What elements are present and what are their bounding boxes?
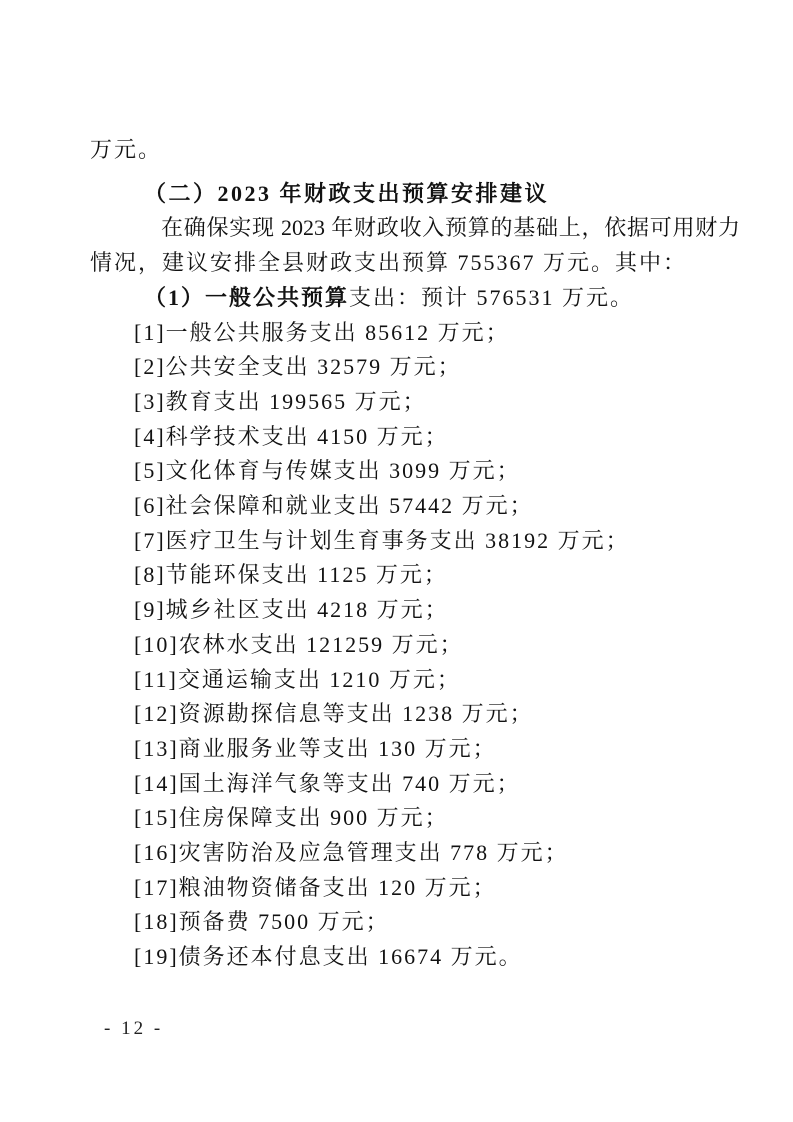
page-number: - 12 - (104, 1017, 163, 1041)
expenditure-item-16: [16]灾害防治及应急管理支出 778 万元； (90, 836, 740, 871)
expenditure-item-8: [8]节能环保支出 1125 万元； (90, 558, 740, 593)
expenditure-item-9: [9]城乡社区支出 4218 万元； (90, 593, 740, 628)
expenditure-item-5: [5]文化体育与传媒支出 3099 万元； (90, 454, 740, 489)
expenditure-item-2: [2]公共安全支出 32579 万元； (90, 350, 740, 385)
expenditure-item-15: [15]住房保障支出 900 万元； (90, 801, 740, 836)
expenditure-item-3: [3]教育支出 199565 万元； (90, 385, 740, 420)
subsection-heading-bold: （1）一般公共预算 (144, 285, 349, 310)
intro-paragraph-line-1: 在确保实现 2023 年财政收入预算的基础上，依据可用财力 (90, 211, 740, 246)
expenditure-item-4: [4]科学技术支出 4150 万元； (90, 420, 740, 455)
document-body: 万元。 （二）2023 年财政支出预算安排建议 在确保实现 2023 年财政收入… (90, 133, 740, 975)
expenditure-item-18: [18]预备费 7500 万元； (90, 905, 740, 940)
expenditure-item-10: [10]农林水支出 121259 万元； (90, 628, 740, 663)
expenditure-item-17: [17]粮油物资储备支出 120 万元； (90, 871, 740, 906)
section-heading: （二）2023 年财政支出预算安排建议 (90, 177, 740, 212)
expenditure-item-1: [1]一般公共服务支出 85612 万元； (90, 316, 740, 351)
expenditure-item-6: [6]社会保障和就业支出 57442 万元； (90, 489, 740, 524)
subsection-heading-regular: 支出：预计 576531 万元。 (349, 285, 634, 310)
intro-paragraph-line-2: 情况，建议安排全县财政支出预算 755367 万元。其中： (90, 246, 740, 281)
expenditure-item-11: [11]交通运输支出 1210 万元； (90, 663, 740, 698)
expenditure-item-19: [19]债务还本付息支出 16674 万元。 (90, 940, 740, 975)
subsection-heading: （1）一般公共预算支出：预计 576531 万元。 (90, 281, 740, 316)
document-page: 万元。 （二）2023 年财政支出预算安排建议 在确保实现 2023 年财政收入… (0, 0, 793, 1122)
expenditure-item-14: [14]国土海洋气象等支出 740 万元； (90, 767, 740, 802)
expenditure-item-12: [12]资源勘探信息等支出 1238 万元； (90, 697, 740, 732)
continuation-line: 万元。 (90, 133, 740, 168)
expenditure-item-7: [7]医疗卫生与计划生育事务支出 38192 万元； (90, 524, 740, 559)
expenditure-item-13: [13]商业服务业等支出 130 万元； (90, 732, 740, 767)
